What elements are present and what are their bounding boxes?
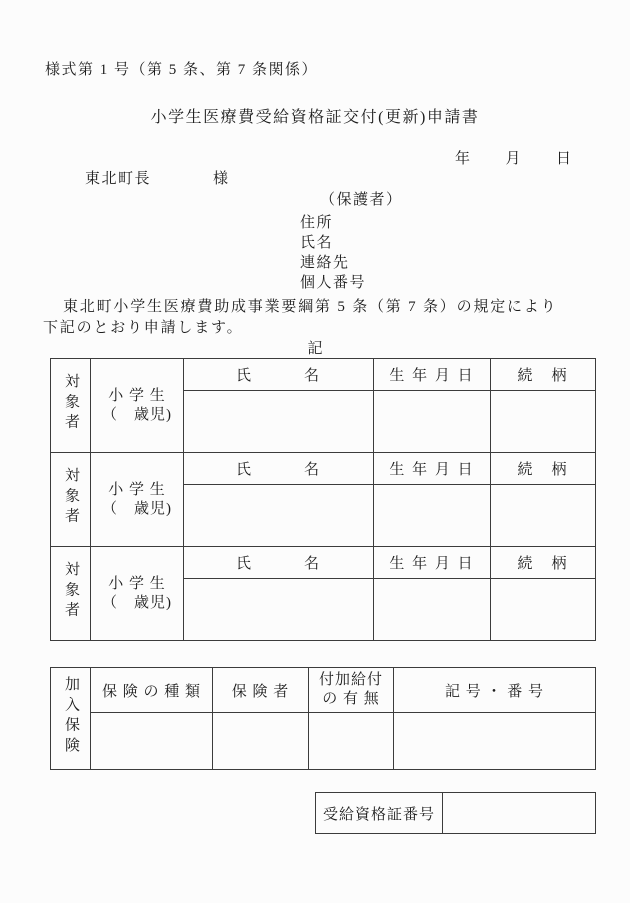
applicant-block-3-category-cell: 小 学 生 （ 歳児) [91,547,184,641]
applicant-block-1-category-cell: 小 学 生 （ 歳児) [91,359,184,453]
statement-line1: 東北町小学生医療費助成事業要綱第 5 条（第 7 条）の規定により [63,297,557,318]
header-additional-benefit-line1: 付加給付 [309,671,393,690]
applicant-table: 対象者 小 学 生 （ 歳児) 氏 名 生 年 月 日 続 柄 対象者 [50,358,596,641]
applicant-block-1-relationship-value [491,391,596,453]
record-marker: 記 [0,337,630,358]
header-relationship: 続 柄 [491,359,596,391]
date-month-label: 月 [505,147,520,168]
applicant-block-2-birthdate-value [374,485,491,547]
symbol-number-value [394,713,596,770]
applicant-block-1-row-label-cell: 対象者 [51,359,91,453]
category-line1: 小 学 生 [91,387,183,406]
application-statement: 東北町小学生医療費助成事業要綱第 5 条（第 7 条）の規定により 下記のとおり… [43,297,557,339]
insurance-header-row: 加入保険 保 険 の 種 類 保 険 者 付加給付 の 有 無 記 号 ・ 番 … [51,668,596,713]
insurance-row-label: 加入保険 [63,676,78,757]
applicant-row-label: 対象者 [63,373,78,434]
applicant-block-3-row-label-cell: 対象者 [51,547,91,641]
insurance-table: 加入保険 保 険 の 種 類 保 険 者 付加給付 の 有 無 記 号 ・ 番 … [50,667,596,770]
applicant-block-1-birthdate-value [374,391,491,453]
applicant-block-2-name-value [184,485,374,547]
guardian-field-contact: 連絡先 [300,253,403,273]
insurance-type-value [91,713,213,770]
guardian-block: （保護者） 住所 氏名 連絡先 個人番号 [300,190,403,293]
header-insurer: 保 険 者 [213,668,309,713]
header-name: 氏 名 [184,547,374,579]
applicant-row-label: 対象者 [63,467,78,528]
statement-line2: 下記のとおり申請します。 [43,318,557,339]
date-day-label: 日 [556,147,571,168]
applicant-block-2-relationship-value [491,485,596,547]
applicant-block-3-relationship-value [491,579,596,641]
applicant-block-3-header-row: 対象者 小 学 生 （ 歳児) 氏 名 生 年 月 日 続 柄 [51,547,596,579]
header-additional-benefit: 付加給付 の 有 無 [309,668,394,713]
guardian-field-address: 住所 [300,213,403,233]
applicant-block-3-birthdate-value [374,579,491,641]
certificate-number-value [443,793,596,834]
header-name: 氏 名 [184,453,374,485]
header-relationship: 続 柄 [491,547,596,579]
insurance-row-label-cell: 加入保険 [51,668,91,770]
header-birthdate: 生 年 月 日 [374,453,491,485]
form-title: 小学生医療費受給資格証交付(更新)申請書 [0,104,630,127]
addressee-line: 東北町長様 [85,167,230,188]
date-line: 年 月 日 [455,147,571,168]
category-line2: （ 歳児) [91,594,183,613]
applicant-block-2-header-row: 対象者 小 学 生 （ 歳児) 氏 名 生 年 月 日 続 柄 [51,453,596,485]
header-name: 氏 名 [184,359,374,391]
insurance-value-row [51,713,596,770]
guardian-field-personal-number: 個人番号 [300,273,403,293]
applicant-block-1-header-row: 対象者 小 学 生 （ 歳児) 氏 名 生 年 月 日 続 柄 [51,359,596,391]
header-insurance-type: 保 険 の 種 類 [91,668,213,713]
guardian-field-name: 氏名 [300,233,403,253]
header-symbol-number: 記 号 ・ 番 号 [394,668,596,713]
certificate-number-label: 受給資格証番号 [316,793,443,834]
category-line2: （ 歳児) [91,500,183,519]
date-year-label: 年 [455,147,470,168]
applicant-row-label: 対象者 [63,561,78,622]
form-number: 様式第 1 号（第 5 条、第 7 条関係） [45,58,318,79]
header-birthdate: 生 年 月 日 [374,359,491,391]
category-line1: 小 学 生 [91,575,183,594]
application-form-page: 様式第 1 号（第 5 条、第 7 条関係） 小学生医療費受給資格証交付(更新)… [0,0,630,903]
category-line2: （ 歳児) [91,406,183,425]
category-line1: 小 学 生 [91,481,183,500]
header-birthdate: 生 年 月 日 [374,547,491,579]
addressee-honorific: 様 [213,171,230,187]
certificate-number-table: 受給資格証番号 [315,792,596,834]
header-relationship: 続 柄 [491,453,596,485]
additional-benefit-value [309,713,394,770]
header-additional-benefit-line2: の 有 無 [309,690,393,709]
guardian-heading: （保護者） [320,190,403,210]
applicant-block-1-name-value [184,391,374,453]
certificate-number-row: 受給資格証番号 [316,793,596,834]
addressee-name: 東北町長 [85,171,151,187]
applicant-block-2-category-cell: 小 学 生 （ 歳児) [91,453,184,547]
insurer-value [213,713,309,770]
applicant-block-2-row-label-cell: 対象者 [51,453,91,547]
applicant-block-3-name-value [184,579,374,641]
